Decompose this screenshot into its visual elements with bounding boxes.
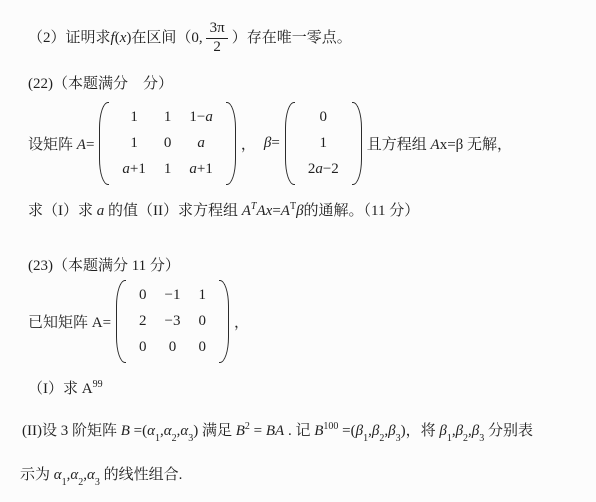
- matrix-cell: 1: [130, 136, 138, 151]
- matrix-cell: 0: [199, 314, 207, 329]
- matrix-left-paren: [116, 280, 126, 363]
- matrix-grid: 0 1 2a−2: [298, 102, 349, 185]
- matrix-cell: 1−a: [189, 110, 212, 125]
- set-matrix-label: 设矩阵 A=: [28, 133, 94, 154]
- comma-separator: ，: [241, 133, 256, 154]
- question-23-header: (23)（本题满分 11 分）: [28, 256, 588, 276]
- matrix-cell: −1: [165, 288, 181, 303]
- matrix-cell: 0: [199, 340, 207, 355]
- matrix-left-paren: [99, 102, 109, 185]
- matrix-cell: 1: [164, 110, 172, 125]
- matrix-right-paren: [352, 102, 362, 185]
- beta-label: β=: [264, 135, 280, 152]
- document-page: { "colors": { "bg": "#fcfcfc", "ink": "#…: [0, 0, 596, 502]
- matrix-cell: 2a−2: [308, 162, 339, 177]
- matrix-right-paren: [219, 280, 229, 363]
- matrix-A-22: 1 1 1−a 1 0 a a+1 1 a+1: [99, 102, 235, 185]
- matrix-cell: 0: [139, 340, 147, 355]
- matrix-cell: 0: [320, 110, 328, 125]
- no-solution-text: 且方程组 Ax=β 无解，: [367, 133, 512, 154]
- matrix-cell: −3: [165, 314, 181, 329]
- matrix-cell: 1: [320, 136, 328, 151]
- matrix-cell: 0: [139, 288, 147, 303]
- matrix-cell: 1: [199, 288, 207, 303]
- question-22-task: 求（I）求 a 的值（II）求方程组 ATAx=ATβ的通解。（11 分）: [28, 201, 588, 221]
- matrix-cell: 0: [164, 136, 172, 151]
- known-matrix-label: 已知矩阵 A=: [28, 311, 111, 332]
- matrix-cell: a: [197, 136, 205, 151]
- matrix-left-paren: [285, 102, 295, 185]
- matrix-grid: 0 −1 1 2 −3 0 0 0 0: [129, 280, 216, 363]
- beta-vector: 0 1 2a−2: [285, 102, 362, 185]
- matrix-cell: 0: [169, 340, 177, 355]
- question-23-part1: （I）求 A99: [28, 379, 588, 399]
- question-2-statement: （2）证明求 f(x)在区间（0, 3π2）存在唯一零点。: [28, 14, 588, 62]
- matrix-right-paren: [226, 102, 236, 185]
- question-22-header: (22)（本题满分 分）: [28, 74, 588, 94]
- matrix-cell: 2: [139, 314, 147, 329]
- matrix-cell: a+1: [189, 162, 212, 177]
- matrix-cell: 1: [130, 110, 138, 125]
- matrix-A-23: 0 −1 1 2 −3 0 0 0 0: [116, 280, 229, 363]
- question-22-matrix-row: 设矩阵 A= 1 1 1−a 1 0 a a+1 1 a+1 ， β= 0 1 …: [28, 102, 588, 185]
- matrix-cell: 1: [164, 162, 172, 177]
- matrix-grid: 1 1 1−a 1 0 a a+1 1 a+1: [112, 102, 222, 185]
- question-23-part2-line2: 示为 α1,α2,α3 的线性组合.: [20, 465, 588, 485]
- comma-separator: ，: [234, 311, 249, 332]
- question-23-matrix-row: 已知矩阵 A= 0 −1 1 2 −3 0 0 0 0 ，: [28, 280, 588, 363]
- question-23-part2-line1: (II)设 3 阶矩阵 B =(α1,α2,α3) 满足 B2 = BA . 记…: [22, 421, 588, 441]
- matrix-cell: a+1: [122, 162, 145, 177]
